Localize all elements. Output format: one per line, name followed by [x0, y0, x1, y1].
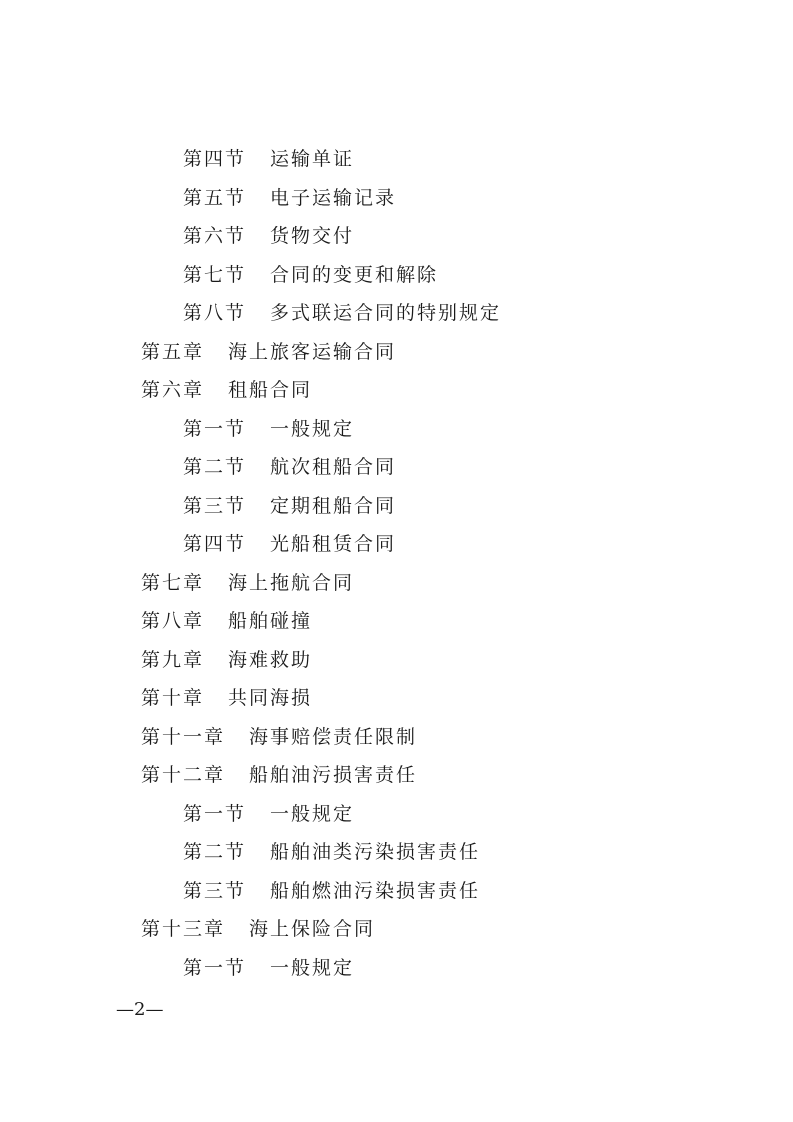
toc-entry-title: 合同的变更和解除	[270, 261, 438, 289]
toc-entry-section: 第五节电子运输记录	[183, 184, 396, 212]
toc-entry-number: 第五节	[183, 184, 246, 212]
toc-entry-section: 第二节航次租船合同	[183, 453, 396, 481]
toc-entry-title: 海上保险合同	[249, 915, 375, 943]
toc-entry-number: 第十二章	[141, 761, 225, 789]
toc-entry-number: 第八章	[141, 607, 204, 635]
toc-entry-chapter: 第五章海上旅客运输合同	[141, 338, 396, 366]
toc-entry-number: 第十一章	[141, 723, 225, 751]
toc-entry-section: 第二节船舶油类污染损害责任	[183, 838, 480, 866]
toc-entry-title: 海上旅客运输合同	[228, 338, 396, 366]
toc-entry-section: 第一节一般规定	[183, 954, 354, 982]
toc-entry-number: 第一节	[183, 415, 246, 443]
toc-entry-number: 第十三章	[141, 915, 225, 943]
toc-entry-chapter: 第七章海上拖航合同	[141, 569, 354, 597]
toc-entry-title: 电子运输记录	[270, 184, 396, 212]
page-number: —2—	[116, 998, 163, 1022]
toc-entry-title: 一般规定	[270, 415, 354, 443]
toc-entry-title: 海上拖航合同	[228, 569, 354, 597]
toc-entry-title: 一般规定	[270, 954, 354, 982]
toc-entry-chapter: 第六章租船合同	[141, 376, 312, 404]
toc-entry-title: 光船租赁合同	[270, 530, 396, 558]
toc-entry-chapter: 第九章海难救助	[141, 646, 312, 674]
toc-entry-title: 租船合同	[228, 376, 312, 404]
toc-entry-section: 第七节合同的变更和解除	[183, 261, 438, 289]
toc-entry-title: 船舶油污损害责任	[249, 761, 417, 789]
toc-entry-title: 航次租船合同	[270, 453, 396, 481]
toc-entry-title: 海事赔偿责任限制	[249, 723, 417, 751]
toc-entry-title: 一般规定	[270, 800, 354, 828]
toc-entry-number: 第四节	[183, 145, 246, 173]
toc-entry-section: 第三节船舶燃油污染损害责任	[183, 877, 480, 905]
toc-entry-chapter: 第十一章海事赔偿责任限制	[141, 723, 417, 751]
toc-entry-number: 第八节	[183, 299, 246, 327]
toc-entry-number: 第三节	[183, 877, 246, 905]
toc-entry-title: 船舶碰撞	[228, 607, 312, 635]
toc-entry-number: 第五章	[141, 338, 204, 366]
toc-entry-section: 第一节一般规定	[183, 800, 354, 828]
toc-entry-title: 运输单证	[270, 145, 354, 173]
toc-entry-title: 定期租船合同	[270, 492, 396, 520]
toc-entry-title: 海难救助	[228, 646, 312, 674]
toc-entry-title: 多式联运合同的特别规定	[270, 299, 501, 327]
toc-entry-number: 第十章	[141, 684, 204, 712]
toc-entry-chapter: 第八章船舶碰撞	[141, 607, 312, 635]
toc-entry-section: 第四节光船租赁合同	[183, 530, 396, 558]
toc-entry-section: 第六节货物交付	[183, 222, 354, 250]
toc-entry-chapter: 第十二章船舶油污损害责任	[141, 761, 417, 789]
toc-entry-number: 第七章	[141, 569, 204, 597]
toc-entry-number: 第九章	[141, 646, 204, 674]
toc-entry-number: 第三节	[183, 492, 246, 520]
toc-entry-title: 船舶燃油污染损害责任	[270, 877, 480, 905]
toc-entry-title: 货物交付	[270, 222, 354, 250]
toc-entry-title: 共同海损	[228, 684, 312, 712]
toc-entry-number: 第七节	[183, 261, 246, 289]
toc-entry-section: 第四节运输单证	[183, 145, 354, 173]
toc-entry-number: 第二节	[183, 453, 246, 481]
toc-entry-number: 第六节	[183, 222, 246, 250]
toc-entry-number: 第二节	[183, 838, 246, 866]
toc-entry-section: 第三节定期租船合同	[183, 492, 396, 520]
toc-entry-number: 第一节	[183, 954, 246, 982]
toc-entry-number: 第六章	[141, 376, 204, 404]
toc-entry-number: 第一节	[183, 800, 246, 828]
toc-entry-chapter: 第十章共同海损	[141, 684, 312, 712]
toc-entry-title: 船舶油类污染损害责任	[270, 838, 480, 866]
toc-entry-chapter: 第十三章海上保险合同	[141, 915, 375, 943]
toc-entry-section: 第八节多式联运合同的特别规定	[183, 299, 501, 327]
toc-entry-section: 第一节一般规定	[183, 415, 354, 443]
toc-entry-number: 第四节	[183, 530, 246, 558]
